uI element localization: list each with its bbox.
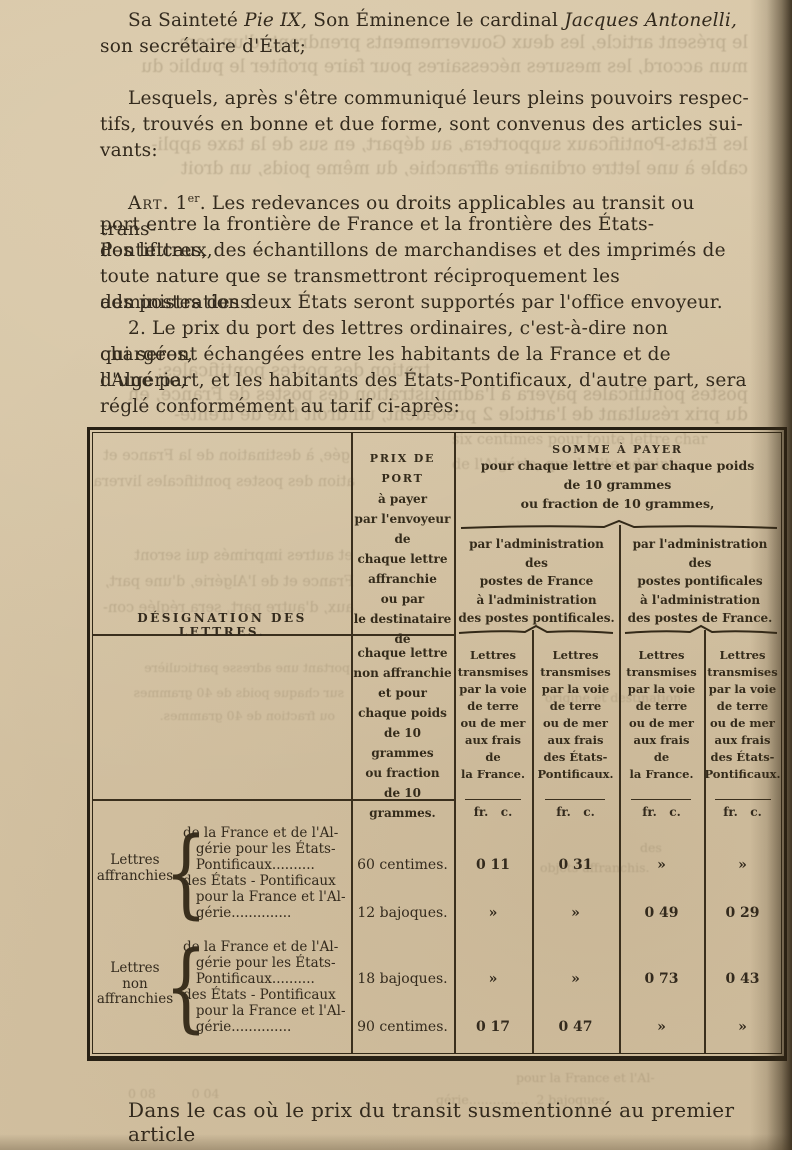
- subcolumn-header-frais-pontificaux-1: Lettres transmises par la voie de terre …: [532, 647, 619, 783]
- column-header-designation: DÉSIGNATION DES LETTRES.: [93, 611, 351, 639]
- column-header-prix-de-port: PRIX DE PORT à payer par l'envoyeur de c…: [351, 449, 454, 649]
- tariff-value: »: [532, 939, 619, 987]
- port-price: 18 bajoques.: [351, 939, 454, 987]
- text-run-italic: Jacques Antonelli,: [564, 10, 737, 31]
- designation-entry: de la France et de l'Al- gérie pour les …: [183, 939, 351, 987]
- port-price: 60 centimes.: [351, 825, 454, 873]
- tariff-table: DÉSIGNATION DES LETTRES. PRIX DE PORT à …: [87, 427, 787, 1061]
- unit-label: fr. c.: [454, 805, 532, 819]
- paragraph-line: Lesquels, après s'être communiqué leurs …: [100, 86, 752, 112]
- somme-title: SOMME À PAYER: [454, 443, 781, 456]
- port-price: 90 centimes.: [351, 987, 454, 1035]
- column-header-somme-a-payer: SOMME À PAYER pour chaque lettre et par …: [454, 443, 781, 513]
- text-run: Son Éminence le cardinal: [307, 10, 564, 31]
- article-label: Art.: [128, 193, 169, 214]
- subcolumn-header-frais-france-1: Lettres transmises par la voie de terre …: [454, 647, 532, 783]
- tariff-value: 0 49: [619, 873, 704, 921]
- page-edge-shadow-bottom: [0, 1134, 792, 1150]
- tariff-value: »: [619, 825, 704, 873]
- port-price: 12 bajoques.: [351, 873, 454, 921]
- tariff-value: 0 73: [619, 939, 704, 987]
- paragraph-line: réglé conformément au tarif ci-après:: [100, 394, 752, 420]
- text-run: Sa Sainteté: [128, 10, 244, 31]
- tariff-value: »: [619, 987, 704, 1035]
- bleedthrough-line: mun accord, les mesures nécessaires pour…: [100, 57, 748, 77]
- paragraph-line: des lettres, des échantillons de marchan…: [100, 238, 752, 264]
- prix-de-port-title: PRIX DE PORT: [351, 449, 454, 489]
- tariff-value: 0 17: [454, 987, 532, 1035]
- table-rule: [631, 799, 691, 800]
- article-superscript: er: [188, 192, 200, 205]
- paragraph-line: vants:: [100, 138, 752, 164]
- brace-glyph: {: [165, 823, 182, 923]
- paragraph-line: Sa Sainteté Pie IX, Son Éminence le card…: [100, 8, 752, 34]
- table-rule: [465, 799, 521, 800]
- tariff-value: »: [532, 873, 619, 921]
- brace-rule: [459, 519, 779, 531]
- prix-de-port-text-top: à payer par l'envoyeur de chaque lettre …: [351, 489, 454, 649]
- unit-label: fr. c.: [619, 805, 704, 819]
- somme-subtitle: pour chaque lettre et par chaque poids d…: [454, 456, 781, 513]
- tariff-value: »: [454, 873, 532, 921]
- tariff-value: 0 11: [454, 825, 532, 873]
- paragraph-line: d'une part, et les habitants des États-P…: [100, 368, 752, 394]
- article-number: 1: [176, 193, 188, 214]
- brace-glyph: {: [165, 937, 182, 1037]
- row-group-label-affranchies: Lettres affranchies: [95, 853, 175, 884]
- paragraph-line: tifs, trouvés en bonne et due forme, son…: [100, 112, 752, 138]
- tariff-table-inner: DÉSIGNATION DES LETTRES. PRIX DE PORT à …: [92, 432, 782, 1054]
- designation-entry: des États - Pontificaux pour la France e…: [183, 987, 351, 1035]
- tariff-value: 0 47: [532, 987, 619, 1035]
- paragraph-line: des postes des deux États seront support…: [100, 290, 752, 316]
- column-header-admin-france: par l'administration des postes de Franc…: [454, 535, 619, 628]
- designation-entry: de la France et de l'Al- gérie pour les …: [183, 825, 351, 873]
- prix-de-port-text-bottom: chaque lettre non affranchie et pour cha…: [351, 643, 454, 823]
- subcolumn-header-frais-france-2: Lettres transmises par la voie de terre …: [619, 647, 704, 783]
- scanned-document-page: le présent article, les deux Gouvernemen…: [0, 0, 792, 1150]
- text-run-italic: Pie IX,: [244, 10, 307, 31]
- unit-label: fr. c.: [532, 805, 619, 819]
- designation-entry: des États - Pontificaux pour la France e…: [183, 873, 351, 921]
- tariff-value: »: [454, 939, 532, 987]
- paragraph-line: son secrétaire d'État;: [100, 34, 752, 60]
- tariff-value: 0 31: [532, 825, 619, 873]
- bleedthrough-line: pour la France et l'Al-: [516, 1070, 721, 1085]
- table-rule: [545, 799, 605, 800]
- row-group-label-non-affranchies: Lettres non affranchies: [95, 961, 175, 1008]
- page-edge-shadow-right: [750, 0, 792, 1150]
